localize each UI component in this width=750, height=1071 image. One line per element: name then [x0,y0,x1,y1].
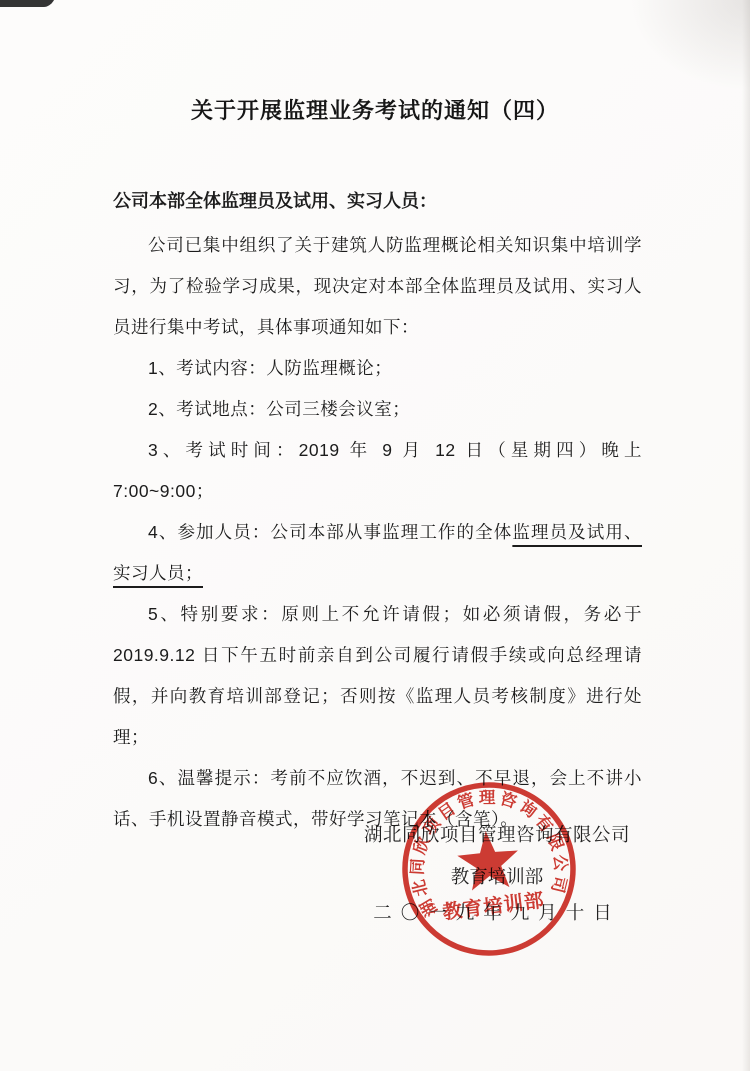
scan-edge-shading [742,0,750,1071]
item-special-requirements: 5、特别要求：原则上不允许请假；如必须请假，务必于 2019.9.12 日下午五… [113,594,642,758]
item-exam-time: 3、考试时间：2019 年 9 月 12 日（星期四）晚上 7:00~9:00； [113,430,642,512]
salutation: 公司本部全体监理员及试用、实习人员： [113,181,642,222]
signature-department: 教育培训部 [348,857,646,897]
item-exam-content: 1、考试内容：人防监理概论； [113,348,642,389]
page-title: 关于开展监理业务考试的通知（四） [0,94,750,125]
item-participants-prefix: 4、参加人员：公司本部从事监理工作的全体 [148,522,512,542]
item-exam-location: 2、考试地点：公司三楼会议室； [113,389,642,430]
scan-edge-artifact [0,0,54,7]
signature-company: 湖北同欣项目管理咨询有限公司 [348,815,646,855]
document-body: 公司本部全体监理员及试用、实习人员： 公司已集中组织了关于建筑人防监理概论相关知… [113,181,642,840]
item-participants: 4、参加人员：公司本部从事监理工作的全体监理员及试用、实习人员； [113,512,642,594]
signature-date: 二〇一九年九月十日 [348,893,646,933]
intro-paragraph: 公司已集中组织了关于建筑人防监理概论相关知识集中培训学习，为了检验学习成果，现决… [113,225,642,348]
signature-block: 湖北同欣项目管理咨询有限公司 教育培训部 二〇一九年九月十日 [348,815,646,933]
scan-shadow-artifact [630,0,750,90]
scanned-notice-page: 关于开展监理业务考试的通知（四） 公司本部全体监理员及试用、实习人员： 公司已集… [0,0,750,1071]
